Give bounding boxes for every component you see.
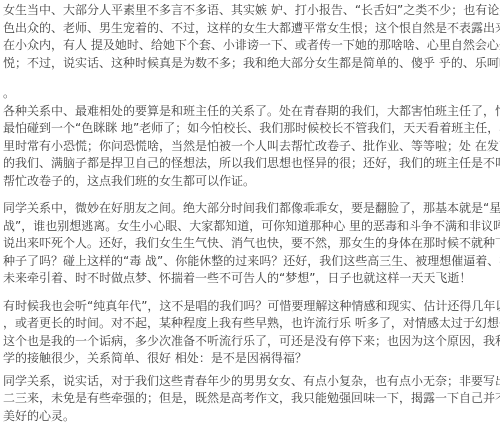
text-line: 种子了吗？碰上这样的“毒 战”、你能休整的过来吗？还好，我们这些高三生、被理想催…	[3, 253, 499, 271]
text-line: 帮忙改卷子的，这点我们班的女生都可以作证。	[3, 173, 499, 191]
paragraph: 女生当中、大部分人平素里不多言不多语、其实嫉 妒、打小报告、“长舌妇”之类不少；…	[3, 2, 499, 103]
text-line: 各种关系中、最难相处的要算是和班主任的关系了。处在青春期的我们，大都害怕班主任了…	[3, 103, 499, 121]
text-line: 二三来，未免是有些牵强的；但是，既然是高考作文，我只能勉强回味一下，揭露一下自己…	[3, 390, 499, 408]
text-line: 有时候我也会听“纯真年代”，这不是唱的我们吗？可惜要理解这种情感和现实、估计还得…	[3, 298, 499, 316]
text-line: 最怕碰到一个“色眯眯 地”老师了；如今怕校长、我们那时候校长不管我们，天天看着班…	[3, 120, 499, 138]
text-line: 未来牵引着、时不时做点梦、怀揣着一些不可告人的“梦想”，日子也就这样一天天飞逝！	[3, 270, 499, 288]
text-line: 说出来吓死个人。还好，我们女生生气快、消气也快，要不然，那女生的身体在那时候不就…	[3, 235, 499, 253]
text-line: 学的接触很少，关系简单、很好 相处：是不是因祸得福？	[3, 350, 499, 368]
paragraph: 有时候我也会听“纯真年代”，这不是唱的我们吗？可惜要理解这种情感和现实、估计还得…	[3, 298, 499, 368]
text-line: ，或者更长的时间。对不起，某种程度上我有些早熟，也许流行乐 听多了，对情感太过于…	[3, 315, 499, 333]
text-line: 同学关系中，微妙在好朋友之间。绝大部分时间我们都像乖乖女，要是翻脸了，那基本就是…	[3, 200, 499, 218]
text-line: 战”，谁也别想逃离。女生小心眼、大家都知道，可你知道那种心 里的恶毒和斗争不满和…	[3, 218, 499, 236]
text-line: 女生当中、大部分人平素里不多言不多语、其实嫉 妒、打小报告、“长舌妇”之类不少；…	[3, 2, 499, 20]
text-line: 悦；不过，说实话、这种时候真是为数不多；我和绝大部分女生都是简单的、傻乎 乎的、…	[3, 55, 499, 73]
text-line: 里时常有小恐慌；你问恐慌啥，当然是怕被一个人叫去帮忙改卷子、批作业、等等啦；处 …	[3, 138, 499, 156]
document-page: 女生当中、大部分人平素里不多言不多语、其实嫉 妒、打小报告、“长舌妇”之类不少；…	[0, 0, 500, 431]
paragraph: 同学关系，说实话，对于我们这些青春年少的男男女女、有点小复杂，也有点小无奈；非要…	[3, 373, 499, 426]
paragraph: 各种关系中、最难相处的要算是和班主任的关系了。处在青春期的我们，大都害怕班主任了…	[3, 103, 499, 191]
text-line: 美好的心灵。	[3, 408, 499, 426]
text-line: 。	[3, 85, 499, 103]
text-line: 色出众的、老师、男生宠着的、不过，这样的女生大都遭平常女生恨；这个恨自然是不表露…	[3, 20, 499, 38]
text-line: 的我们、满脑子都是捍卫自己的怪想法，所以我们思想也怪异的很；还好，我们的班主任是…	[3, 155, 499, 173]
text-line: 同学关系，说实话，对于我们这些青春年少的男男女女、有点小复杂，也有点小无奈；非要…	[3, 373, 499, 391]
paragraph: 同学关系中，微妙在好朋友之间。绝大部分时间我们都像乖乖女，要是翻脸了，那基本就是…	[3, 200, 499, 288]
text-line: 这个也是我的一个诟病，多少次准备不听流行乐了，可还是没有停下来；也因为这个原因，…	[3, 333, 499, 351]
text-line: 在小众内，有人 提及她时、给她下个套、小诽谤一下、或者传一下她的那啥啥、心里自然…	[3, 37, 499, 55]
